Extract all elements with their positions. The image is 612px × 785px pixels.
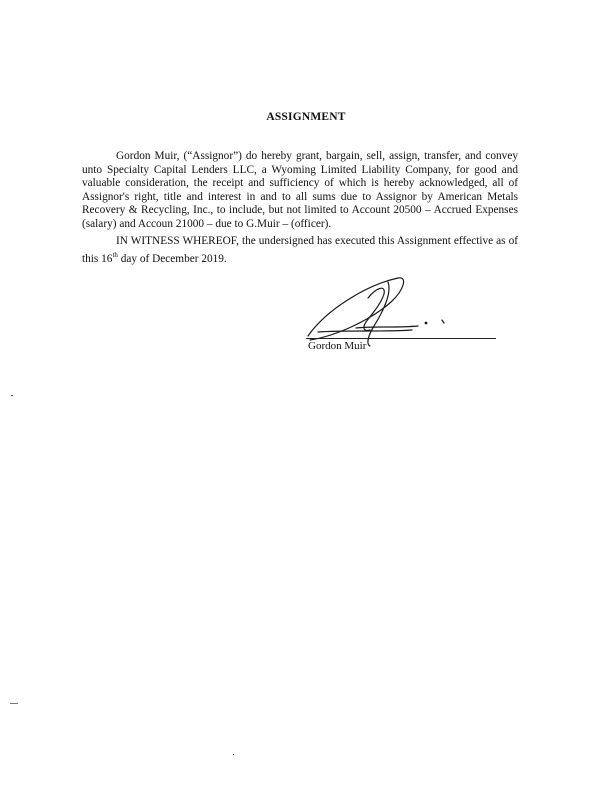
document-title: ASSIGNMENT <box>0 111 612 123</box>
scan-speck <box>10 703 18 704</box>
scan-speck <box>11 395 13 396</box>
signature-line <box>306 338 496 339</box>
assignment-paragraph: Gordon Muir, (“Assignor”) do hereby gran… <box>82 150 518 232</box>
signature-block: Gordon Muir <box>296 270 506 360</box>
witness-paragraph: IN WITNESS WHEREOF, the undersigned has … <box>82 235 518 266</box>
document-page: ASSIGNMENT Gordon Muir, (“Assignor”) do … <box>0 0 612 785</box>
scan-speck <box>233 754 234 755</box>
signer-name: Gordon Muir <box>308 340 366 352</box>
assignment-text: Gordon Muir, (“Assignor”) do hereby gran… <box>82 150 518 230</box>
witness-text-after: day of December 2019. <box>118 252 227 264</box>
